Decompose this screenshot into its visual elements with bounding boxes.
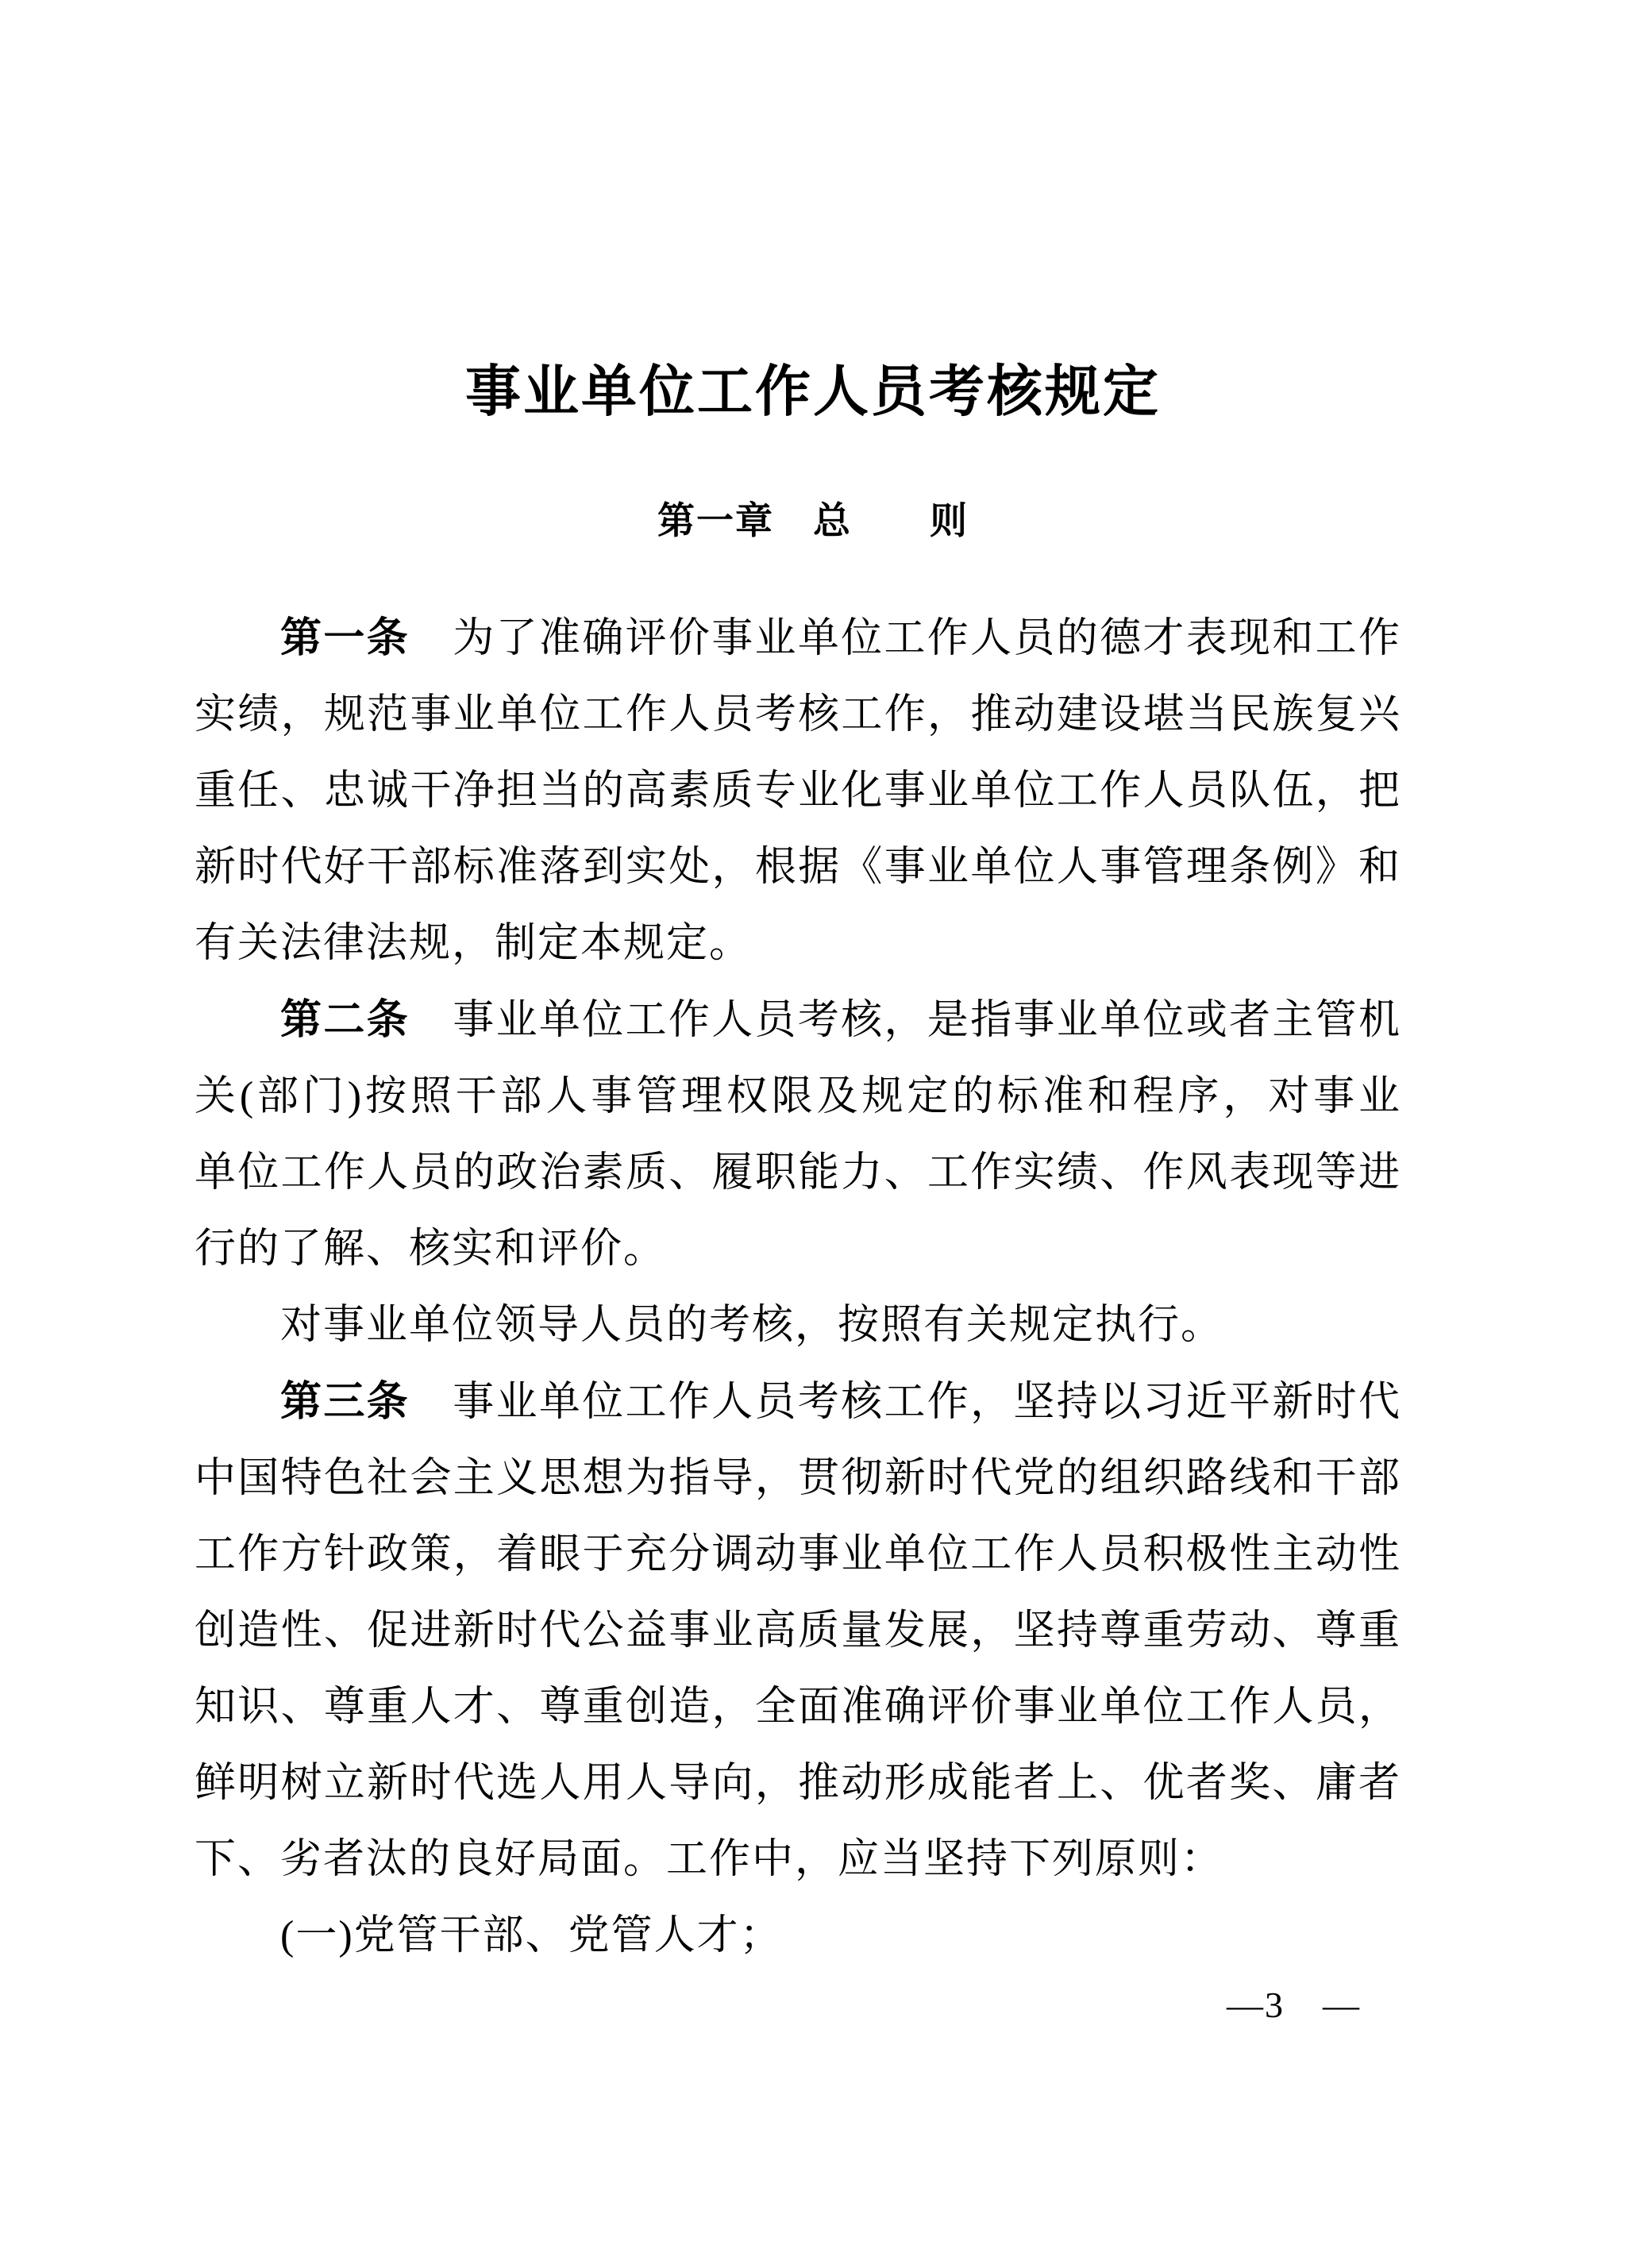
page-number: —3 — (1227, 1983, 1361, 2027)
document-line: 工作方针政策，着眼于充分调动事业单位工作人员积极性主动性 (195, 1517, 1401, 1593)
document-line: 知识、尊重人才、尊重创造，全面准确评价事业单位工作人员， (195, 1669, 1401, 1746)
document-line: (一)党管干部、党管人才； (195, 1898, 1401, 1974)
document-line: 第一条 为了准确评价事业单位工作人员的德才表现和工作 (195, 600, 1401, 677)
document-line: 重任、忠诚干净担当的高素质专业化事业单位工作人员队伍，把 (195, 753, 1401, 830)
document-line: 关(部门)按照干部人事管理权限及规定的标准和程序，对事业 (195, 1059, 1401, 1135)
document-line: 有关法律法规，制定本规定。 (195, 906, 1401, 982)
article-number: 第一条 (280, 615, 410, 661)
document-line: 第二条 事业单位工作人员考核，是指事业单位或者主管机 (195, 982, 1401, 1059)
document-line: 行的了解、核实和评价。 (195, 1211, 1401, 1288)
document-line: 对事业单位领导人员的考核，按照有关规定执行。 (195, 1288, 1401, 1364)
document-title: 事业单位工作人员考核规定 (0, 361, 1626, 422)
article-number: 第三条 (280, 1379, 410, 1425)
document-page: 事业单位工作人员考核规定 第一章 总 则 第一条 为了准确评价事业单位工作人员的… (0, 0, 1626, 2268)
document-line: 中国特色社会主义思想为指导，贯彻新时代党的组织路线和干部 (195, 1441, 1401, 1517)
document-line: 下、劣者汰的良好局面。工作中，应当坚持下列原则： (195, 1822, 1401, 1898)
document-line: 第三条 事业单位工作人员考核工作，坚持以习近平新时代 (195, 1364, 1401, 1441)
document-line: 单位工作人员的政治素质、履职能力、工作实绩、作风表现等进 (195, 1135, 1401, 1211)
document-line: 新时代好干部标准落到实处，根据《事业单位人事管理条例》和 (195, 830, 1401, 906)
document-line: 创造性、促进新时代公益事业高质量发展，坚持尊重劳动、尊重 (195, 1593, 1401, 1669)
document-body: 第一条 为了准确评价事业单位工作人员的德才表现和工作实绩，规范事业单位工作人员考… (195, 600, 1401, 1974)
article-number: 第二条 (280, 997, 410, 1043)
document-line: 鲜明树立新时代选人用人导向，推动形成能者上、优者奖、庸者 (195, 1746, 1401, 1822)
document-line: 实绩，规范事业单位工作人员考核工作，推动建设堪当民族复兴 (195, 677, 1401, 753)
chapter-heading: 第一章 总 则 (0, 499, 1626, 543)
